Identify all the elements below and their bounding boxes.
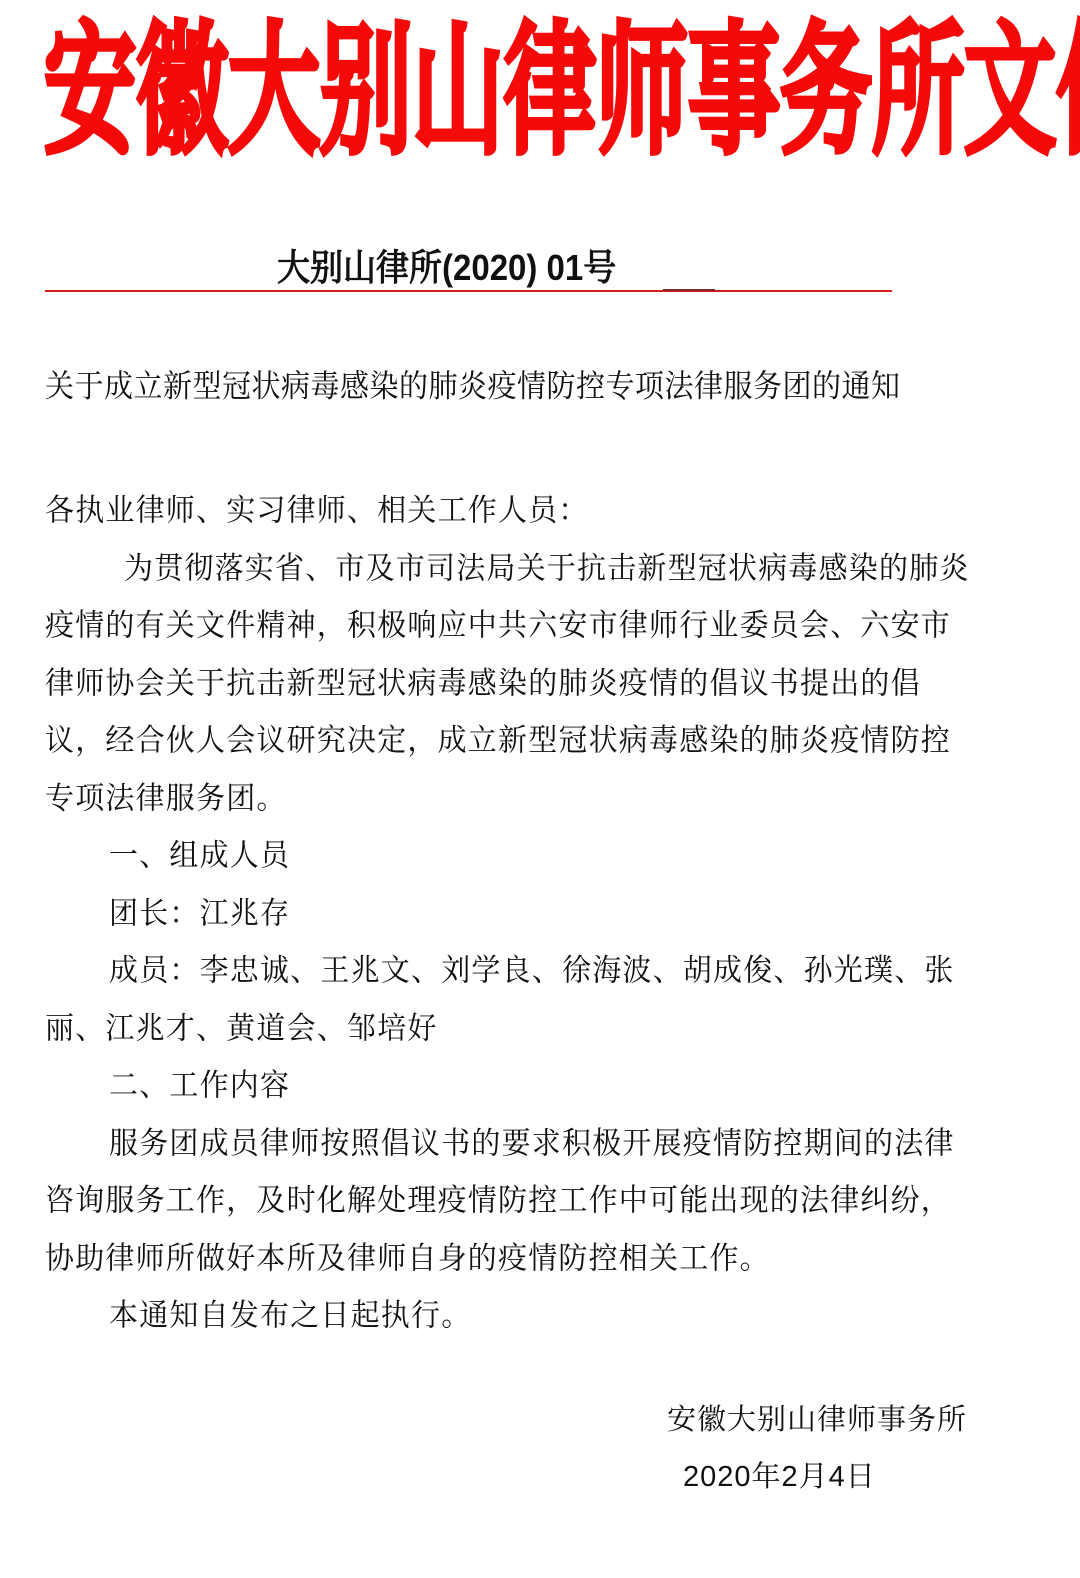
masthead-char: 文 xyxy=(964,0,1056,208)
members-line: 成员：李忠诚、王兆文、刘学良、徐海波、胡成俊、孙光璞、张 xyxy=(45,940,1035,1001)
signature-organization: 安徽大别山律师事务所 xyxy=(667,1390,967,1448)
work-line: 咨询服务工作，及时化解处理疫情防控工作中可能出现的法律纠纷， xyxy=(45,1170,1035,1231)
signature-date: 2020年2月4日 xyxy=(667,1448,967,1506)
intro-line: 疫情的有关文件精神，积极响应中共六安市律师行业委员会、六安市 xyxy=(45,595,1035,656)
masthead-char: 别 xyxy=(320,0,412,208)
signature-block: 安徽大别山律师事务所 2020年2月4日 xyxy=(667,1390,967,1506)
masthead-char: 律 xyxy=(504,0,596,208)
section-heading-work: 二、工作内容 xyxy=(45,1055,1035,1116)
intro-line: 为贯彻落实省、市及市司法局关于抗击新型冠状病毒感染的肺炎 xyxy=(45,538,1035,599)
section-heading-members: 一、组成人员 xyxy=(45,825,1035,886)
work-line: 协助律师所做好本所及律师自身的疫情防控相关工作。 xyxy=(45,1228,1035,1289)
masthead-char: 所 xyxy=(872,0,964,208)
notice-body: 各执业律师、实习律师、相关工作人员： 为贯彻落实省、市及市司法局关于抗击新型冠状… xyxy=(45,482,1035,1345)
notice-title: 关于成立新型冠状病毒感染的肺炎疫情防控专项法律服务团的通知 xyxy=(45,362,901,410)
document-number: 大别山律所(2020) 01号 xyxy=(277,244,616,292)
members-line: 丽、江兆才、黄道会、邹培好 xyxy=(45,998,1035,1059)
masthead-char: 师 xyxy=(596,0,688,208)
intro-line: 议，经合伙人会议研究决定，成立新型冠状病毒感染的肺炎疫情防控 xyxy=(45,710,1035,771)
leader-line: 团长：江兆存 xyxy=(45,883,1035,944)
masthead-char: 事 xyxy=(688,0,780,208)
intro-line: 律师协会关于抗击新型冠状病毒感染的肺炎疫情的倡议书提出的倡 xyxy=(45,653,1035,714)
masthead-char: 安 xyxy=(44,0,136,208)
masthead-char: 务 xyxy=(780,0,872,208)
masthead-char: 山 xyxy=(412,0,504,208)
intro-line: 专项法律服务团。 xyxy=(45,768,1035,829)
salutation: 各执业律师、实习律师、相关工作人员： xyxy=(45,480,1035,541)
masthead-char: 件 xyxy=(1056,0,1080,208)
masthead: 安 徽 大 别 山 律 师 事 务 所 文 件 xyxy=(44,12,994,172)
masthead-char: 徽 xyxy=(136,0,228,208)
masthead-char: 大 xyxy=(228,0,320,208)
document-number-row: 大别山律所(2020) 01号 xyxy=(45,248,892,292)
effective-line: 本通知自发布之日起执行。 xyxy=(45,1285,1035,1346)
work-line: 服务团成员律师按照倡议书的要求积极开展疫情防控期间的法律 xyxy=(45,1113,1035,1174)
underline-tail xyxy=(663,289,715,291)
